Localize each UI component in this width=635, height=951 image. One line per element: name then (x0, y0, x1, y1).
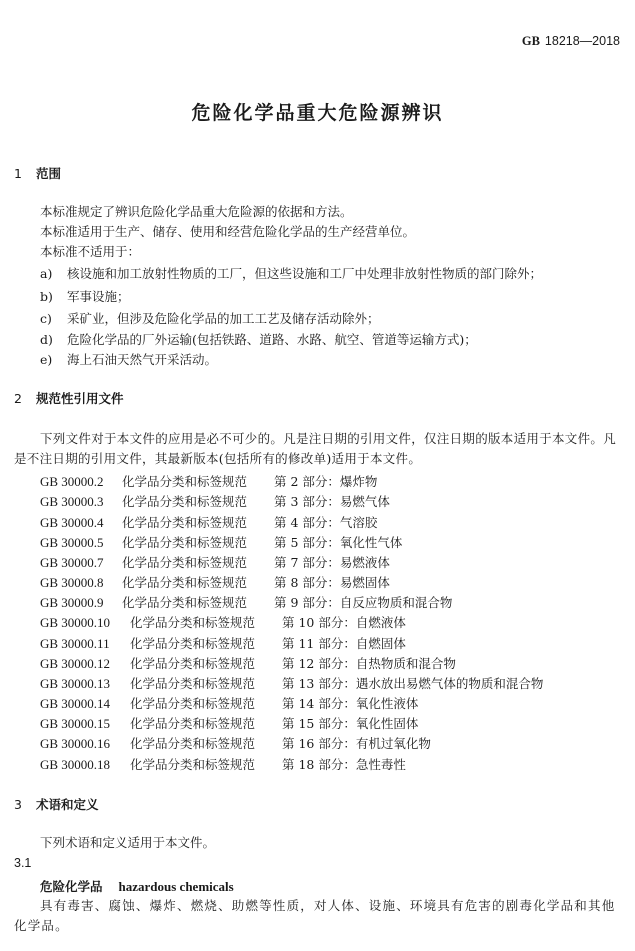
reference-series: 化学品分类和标签规范 (122, 472, 274, 490)
reference-series: 化学品分类和标签规范 (122, 513, 274, 531)
term-zh: 危险化学品 (40, 879, 103, 894)
list-label: e) (40, 352, 67, 367)
reference-series: 化学品分类和标签规范 (122, 573, 274, 591)
reference-series: 化学品分类和标签规范 (122, 593, 274, 611)
reference-code: GB 30000.11 (40, 636, 130, 652)
reference-series: 化学品分类和标签规范 (130, 714, 282, 732)
term-number: 3.1 (14, 856, 31, 870)
list-label: c) (40, 311, 67, 326)
reference-series: 化学品分类和标签规范 (130, 634, 282, 652)
reference-item: GB 30000.9化学品分类和标签规范第 9 部分：自反应物质和混合物 (40, 593, 452, 611)
references-intro: 下列文件对于本文件的应用是必不可少的。凡是注日期的引用文件，仅注日期的版本适用于… (14, 429, 620, 469)
section-number: 1 (14, 166, 36, 181)
reference-code: GB 30000.16 (40, 736, 130, 752)
reference-series: 化学品分类和标签规范 (122, 492, 274, 510)
scope-paragraph: 本标准适用于生产、储存、使用和经营危险化学品的生产经营单位。 (40, 222, 415, 242)
section-heading-scope: 1范围 (14, 164, 61, 182)
reference-series: 化学品分类和标签规范 (130, 674, 282, 692)
reference-part: 第 18 部分：急性毒性 (282, 757, 406, 772)
term-en: hazardous chemicals (119, 879, 234, 894)
reference-part: 第 14 部分：氧化性液体 (282, 696, 418, 711)
reference-item: GB 30000.11化学品分类和标签规范第 11 部分：自燃固体 (40, 634, 406, 652)
scope-paragraph: 本标准不适用于： (40, 242, 140, 262)
reference-part: 第 2 部分：爆炸物 (274, 474, 377, 489)
reference-code: GB 30000.2 (40, 474, 122, 490)
section-number: 3 (14, 797, 36, 812)
reference-item: GB 30000.5化学品分类和标签规范第 5 部分：氧化性气体 (40, 533, 402, 551)
list-label: a) (40, 266, 67, 281)
list-text: 海上石油天然气开采活动。 (67, 352, 217, 367)
exclusion-item: a)核设施和加工放射性物质的工厂，但这些设施和工厂中处理非放射性物质的部门除外； (40, 264, 542, 282)
reference-code: GB 30000.8 (40, 575, 122, 591)
exclusion-item: b)军事设施； (40, 287, 130, 305)
term-definition: 具有毒害、腐蚀、爆炸、燃烧、助燃等性质，对人体、设施、环境具有危害的剧毒化学品和… (14, 896, 620, 936)
scope-paragraph: 本标准规定了辨识危险化学品重大危险源的依据和方法。 (40, 202, 353, 222)
reference-code: GB 30000.14 (40, 696, 130, 712)
reference-series: 化学品分类和标签规范 (122, 553, 274, 571)
reference-code: GB 30000.12 (40, 656, 130, 672)
reference-part: 第 5 部分：氧化性气体 (274, 535, 402, 550)
reference-code: GB 30000.4 (40, 515, 122, 531)
section-number: 2 (14, 391, 36, 406)
terms-intro: 下列术语和定义适用于本文件。 (40, 833, 215, 853)
reference-series: 化学品分类和标签规范 (130, 613, 282, 631)
exclusion-item: d)危险化学品的厂外运输(包括铁路、道路、水路、航空、管道等运输方式)； (40, 330, 477, 348)
standard-number: 18218—2018 (545, 34, 620, 48)
reference-item: GB 30000.15化学品分类和标签规范第 15 部分：氧化性固体 (40, 714, 418, 732)
reference-series: 化学品分类和标签规范 (130, 734, 282, 752)
reference-item: GB 30000.16化学品分类和标签规范第 16 部分：有机过氧化物 (40, 734, 431, 752)
exclusion-item: c)采矿业，但涉及危险化学品的加工工艺及储存活动除外； (40, 309, 380, 327)
reference-part: 第 3 部分：易燃气体 (274, 494, 390, 509)
reference-item: GB 30000.3化学品分类和标签规范第 3 部分：易燃气体 (40, 492, 390, 510)
standard-code: GB18218—2018 (522, 34, 620, 49)
section-title: 范围 (36, 166, 61, 181)
reference-item: GB 30000.12化学品分类和标签规范第 12 部分：自热物质和混合物 (40, 654, 456, 672)
reference-part: 第 11 部分：自燃固体 (282, 636, 406, 651)
term-title: 危险化学品hazardous chemicals (40, 877, 234, 895)
reference-part: 第 4 部分：气溶胶 (274, 515, 377, 530)
reference-code: GB 30000.9 (40, 595, 122, 611)
reference-item: GB 30000.7化学品分类和标签规范第 7 部分：易燃液体 (40, 553, 390, 571)
reference-part: 第 12 部分：自热物质和混合物 (282, 656, 456, 671)
reference-code: GB 30000.15 (40, 716, 130, 732)
exclusion-item: e)海上石油天然气开采活动。 (40, 350, 217, 368)
reference-part: 第 10 部分：自燃液体 (282, 615, 406, 630)
reference-code: GB 30000.5 (40, 535, 122, 551)
reference-series: 化学品分类和标签规范 (130, 654, 282, 672)
list-text: 核设施和加工放射性物质的工厂，但这些设施和工厂中处理非放射性物质的部门除外； (67, 266, 542, 281)
reference-item: GB 30000.8化学品分类和标签规范第 8 部分：易燃固体 (40, 573, 390, 591)
reference-part: 第 13 部分：遇水放出易燃气体的物质和混合物 (282, 676, 543, 691)
reference-part: 第 9 部分：自反应物质和混合物 (274, 595, 452, 610)
section-title: 术语和定义 (36, 797, 99, 812)
reference-series: 化学品分类和标签规范 (130, 694, 282, 712)
reference-part: 第 7 部分：易燃液体 (274, 555, 390, 570)
reference-series: 化学品分类和标签规范 (130, 755, 282, 773)
section-heading-normative-references: 2规范性引用文件 (14, 389, 124, 407)
reference-item: GB 30000.18化学品分类和标签规范第 18 部分：急性毒性 (40, 755, 406, 773)
reference-code: GB 30000.7 (40, 555, 122, 571)
reference-part: 第 15 部分：氧化性固体 (282, 716, 418, 731)
reference-code: GB 30000.18 (40, 757, 130, 773)
reference-part: 第 16 部分：有机过氧化物 (282, 736, 431, 751)
list-text: 军事设施； (67, 289, 130, 304)
document-title: 危险化学品重大危险源辨识 (0, 98, 635, 125)
reference-code: GB 30000.3 (40, 494, 122, 510)
reference-series: 化学品分类和标签规范 (122, 533, 274, 551)
list-label: b) (40, 289, 67, 304)
list-text: 危险化学品的厂外运输(包括铁路、道路、水路、航空、管道等运输方式)； (67, 332, 477, 347)
reference-item: GB 30000.10化学品分类和标签规范第 10 部分：自燃液体 (40, 613, 406, 631)
reference-item: GB 30000.4化学品分类和标签规范第 4 部分：气溶胶 (40, 513, 377, 531)
reference-item: GB 30000.13化学品分类和标签规范第 13 部分：遇水放出易燃气体的物质… (40, 674, 543, 692)
reference-part: 第 8 部分：易燃固体 (274, 575, 390, 590)
reference-code: GB 30000.10 (40, 615, 130, 631)
reference-item: GB 30000.14化学品分类和标签规范第 14 部分：氧化性液体 (40, 694, 418, 712)
reference-item: GB 30000.2化学品分类和标签规范第 2 部分：爆炸物 (40, 472, 377, 490)
section-heading-terms: 3术语和定义 (14, 795, 99, 813)
reference-code: GB 30000.13 (40, 676, 130, 692)
list-text: 采矿业，但涉及危险化学品的加工工艺及储存活动除外； (67, 311, 380, 326)
standard-prefix: GB (522, 34, 540, 48)
list-label: d) (40, 332, 67, 347)
section-title: 规范性引用文件 (36, 391, 124, 406)
